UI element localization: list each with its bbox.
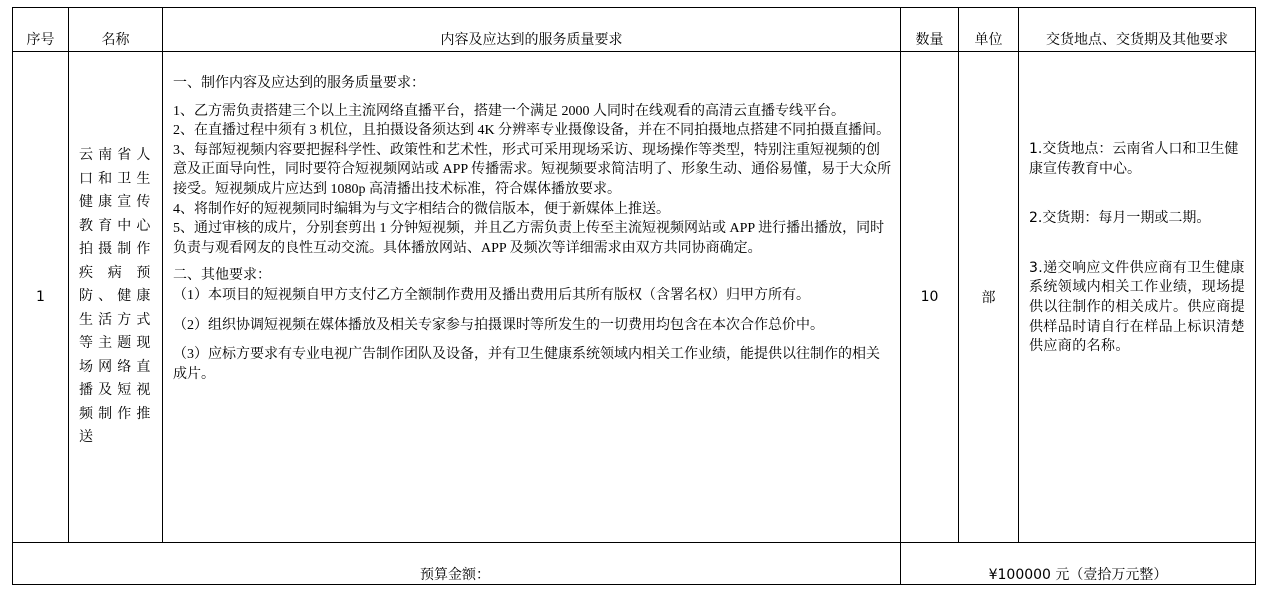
cell-delivery: 1.交货地点：云南省人口和卫生健康宣传教育中心。 2.交货期：每月一期或二期。 …: [1019, 52, 1256, 543]
header-quantity: 数量: [901, 8, 959, 52]
budget-value: ¥100000 元（壹拾万元整）: [901, 543, 1256, 585]
content-section-2-title: 二、其他要求：: [173, 266, 892, 286]
header-seq: 序号: [13, 8, 69, 52]
cell-quantity: 10: [901, 52, 959, 543]
content-item-1: 1、乙方需负责搭建三个以上主流网络直播平台，搭建一个满足 2000 人同时在线观…: [173, 102, 892, 122]
content-item-3: 3、每部短视频内容要把握科学性、政策性和艺术性，形式可采用现场采访、现场操作等类…: [173, 141, 892, 200]
table-row: 1 云南省人口和卫生健康宣传教育中心拍摄制作疾病预防、健康生活方式等主题现场网络…: [13, 52, 1256, 543]
delivery-period: 2.交货期：每月一期或二期。: [1029, 209, 1249, 229]
budget-row: 预算金额： ¥100000 元（壹拾万元整）: [13, 543, 1256, 585]
cell-seq: 1: [13, 52, 69, 543]
budget-label: 预算金额：: [13, 543, 901, 585]
content-item-5: 5、通过审核的成片，分别套剪出 1 分钟短视频，并且乙方需负责上传至主流短视频网…: [173, 219, 892, 258]
other-item-1: （1）本项目的短视频自甲方支付乙方全额制作费用及播出费用后其所有版权（含署名权）…: [173, 286, 892, 306]
cell-content: 一、制作内容及应达到的服务质量要求： 1、乙方需负责搭建三个以上主流网络直播平台…: [163, 52, 901, 543]
table-header-row: 序号 名称 内容及应达到的服务质量要求 数量 单位 交货地点、交货期及其他要求: [13, 8, 1256, 52]
header-content: 内容及应达到的服务质量要求: [163, 8, 901, 52]
content-item-2: 2、在直播过程中须有 3 机位，且拍摄设备须达到 4K 分辨率专业摄像设备，并在…: [173, 121, 892, 141]
procurement-spec-table: 序号 名称 内容及应达到的服务质量要求 数量 单位 交货地点、交货期及其他要求 …: [12, 7, 1256, 585]
other-item-2: （2）组织协调短视频在媒体播放及相关专家参与拍摄课时等所发生的一切费用均包含在本…: [173, 316, 892, 336]
other-item-3: （3）应标方要求有专业电视广告制作团队及设备，并有卫生健康系统领域内相关工作业绩…: [173, 345, 892, 384]
cell-name: 云南省人口和卫生健康宣传教育中心拍摄制作疾病预防、健康生活方式等主题现场网络直播…: [69, 52, 163, 543]
cell-unit: 部: [959, 52, 1019, 543]
content-section-1-title: 一、制作内容及应达到的服务质量要求：: [173, 74, 892, 94]
header-name: 名称: [69, 8, 163, 52]
delivery-other-requirements: 3.递交响应文件供应商有卫生健康系统领域内相关工作业绩，现场提供以往制作的相关成…: [1029, 259, 1249, 357]
header-unit: 单位: [959, 8, 1019, 52]
content-item-4: 4、将制作好的短视频同时编辑为与文字相结合的微信版本，便于新媒体上推送。: [173, 200, 892, 220]
header-delivery: 交货地点、交货期及其他要求: [1019, 8, 1256, 52]
delivery-location: 1.交货地点：云南省人口和卫生健康宣传教育中心。: [1029, 140, 1249, 179]
